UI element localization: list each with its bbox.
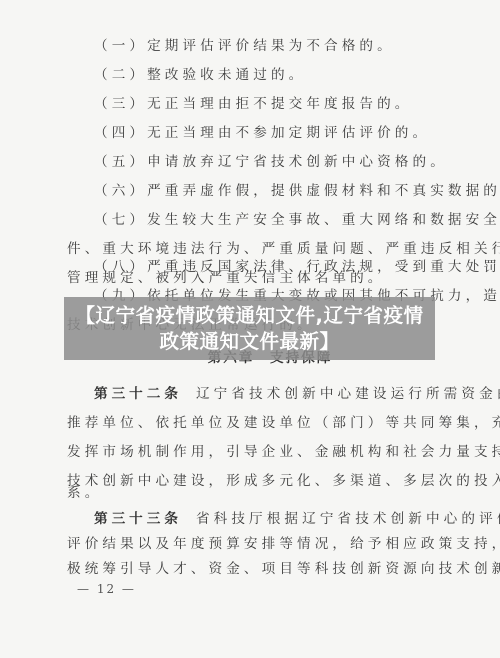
- title-overlay-banner: 【辽宁省疫情政策通知文件,辽宁省疫情政策通知文件最新】: [64, 297, 435, 360]
- list-item-continuation: 件、重大环境违法行为、严重质量问题、严重违反相关行业: [67, 240, 500, 258]
- article-first-line: 第三十三条省科技厅根据辽宁省技术创新中心的评估: [94, 510, 500, 528]
- article-line: 极统筹引导人才、资金、项目等科技创新资源向技术创新中: [67, 560, 500, 578]
- document-page: （一）定期评估评价结果为不合格的。 （二）整改验收未通过的。 （三）无正当理由拒…: [0, 0, 500, 658]
- article-line: 评价结果以及年度预算安排等情况，给予相应政策支持，积: [67, 535, 500, 553]
- list-item: （六）严重弄虚作假，提供虚假材料和不真实数据的。: [94, 182, 500, 200]
- list-item: （一）定期评估评价结果为不合格的。: [94, 37, 395, 55]
- article-line: 推荐单位、依托单位及建设单位（部门）等共同筹集，充分: [67, 414, 500, 432]
- list-item: （二）整改验收未通过的。: [94, 66, 306, 84]
- article-number: 第三十二条: [94, 386, 182, 402]
- article-number: 第三十三条: [94, 511, 182, 527]
- page-number: — 12 —: [77, 582, 136, 596]
- article-line: 发挥市场机制作用，引导企业、金融机构和社会力量支持省: [67, 443, 500, 461]
- list-item: （四）无正当理由不参加定期评估评价的。: [94, 124, 430, 142]
- list-item: （七）发生较大生产安全事故、重大网络和数据安全事: [94, 211, 500, 229]
- list-item: （三）无正当理由拒不提交年度报告的。: [94, 95, 413, 113]
- banner-title: 【辽宁省疫情政策通知文件,辽宁省疫情政策通知文件最新】: [64, 303, 435, 355]
- list-item: （八）严重违反国家法律、行政法规，受到重大处罚的。: [94, 258, 500, 276]
- article-first-line: 第三十二条辽宁省技术创新中心建设运行所需资金由: [94, 385, 500, 403]
- article-line: 系。: [67, 484, 102, 502]
- list-item: （五）申请放弃辽宁省技术创新中心资格的。: [94, 153, 448, 171]
- article-line: 技术创新中心建设，形成多元化、多渠道、多层次的投入体: [67, 472, 500, 490]
